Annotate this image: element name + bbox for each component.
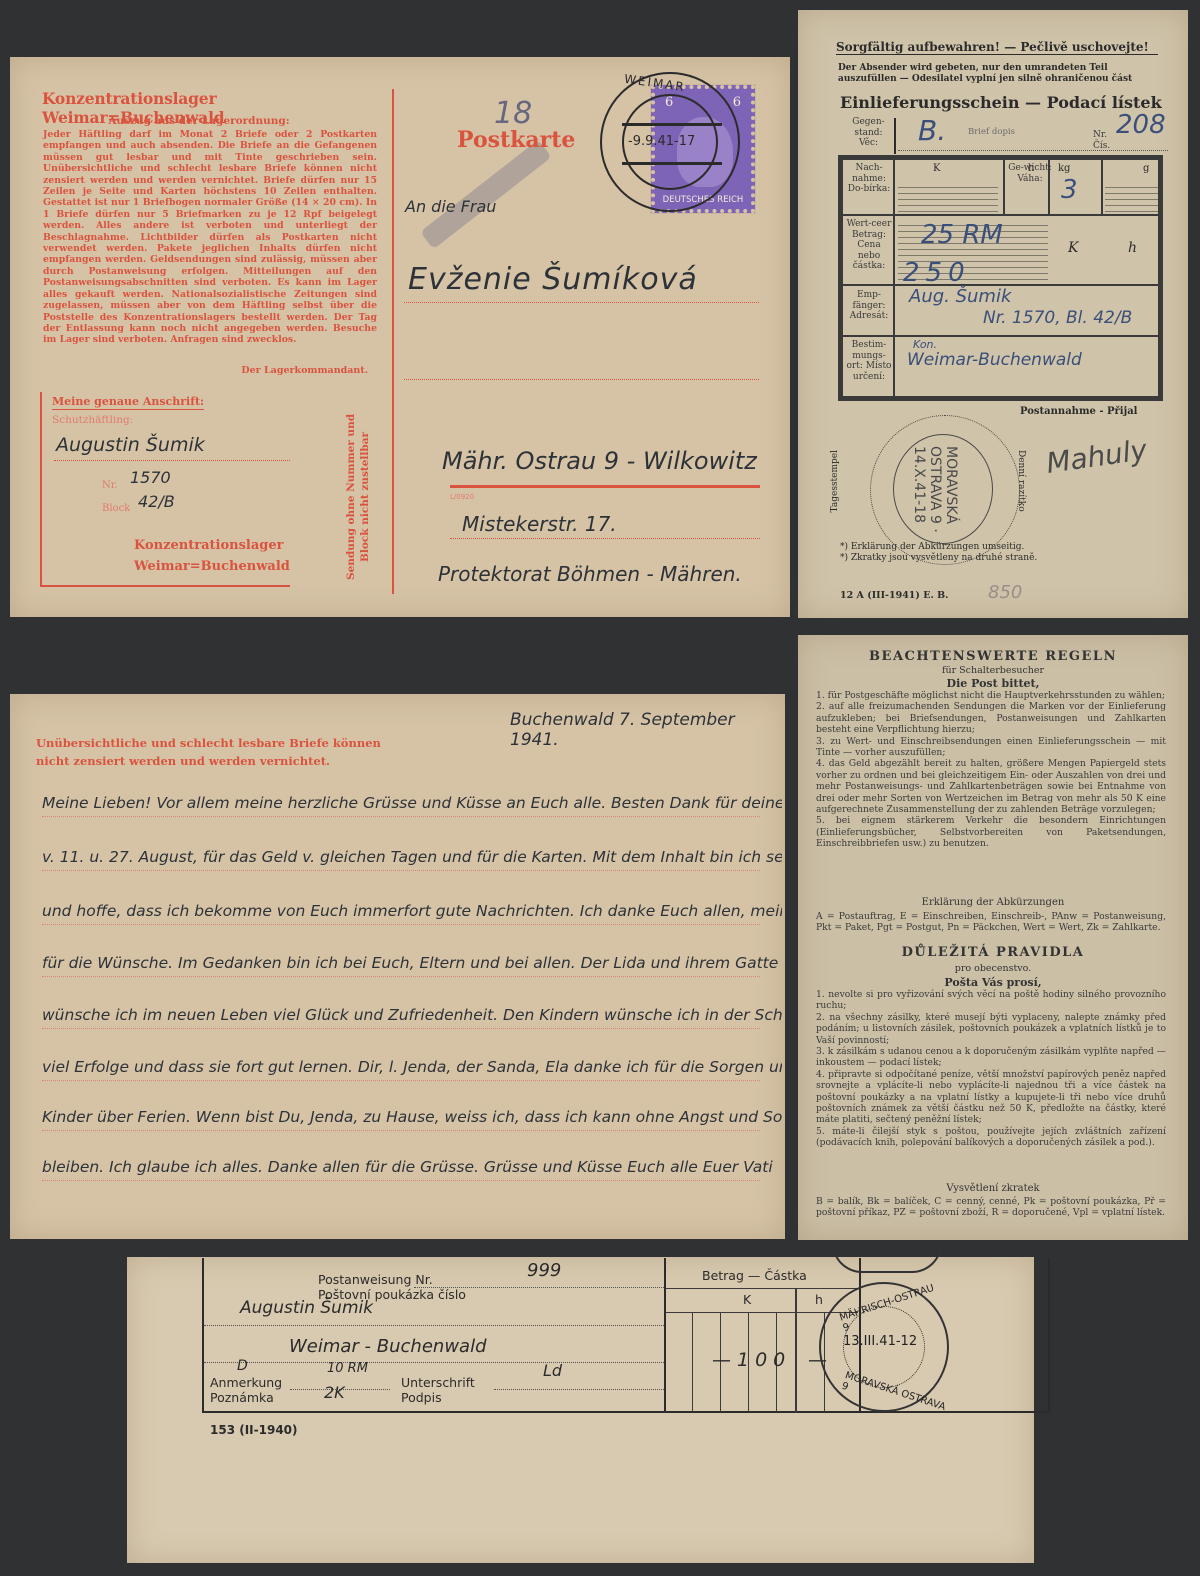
clerk-signature: Mahuly xyxy=(1044,433,1149,480)
dotted-line xyxy=(204,1325,664,1326)
dotted-line xyxy=(404,379,759,380)
letter-line: und hoffe, dass ich bekomme von Euch imm… xyxy=(42,902,782,920)
g-label: g xyxy=(1143,163,1149,174)
abbr-title-cz: Vysvětlení zkratek xyxy=(798,1183,1188,1194)
row-divider xyxy=(843,214,1159,216)
dotted-line xyxy=(204,1362,664,1363)
postmark-weimar: WEIMAR -9.9.41-17 xyxy=(600,72,740,212)
day-stamp-label: Tagesstempel xyxy=(830,450,840,512)
dotted-line xyxy=(42,1130,760,1131)
destination-label: Bestim-mungs-ort: Místo určení: xyxy=(845,340,893,382)
form-handwritten-value: 850 xyxy=(988,582,1022,603)
prisoner-name: Augustin Šumik xyxy=(56,434,205,456)
city-underline xyxy=(450,485,760,488)
footnote-cz: *) Zkratky jsou vysvětleny na druhé stra… xyxy=(840,553,1037,563)
brief-label: Brief dopis xyxy=(968,127,1015,137)
rule-item: 5. bei eignem stärkerem Verkehr die beso… xyxy=(816,815,1166,849)
field-separator xyxy=(894,118,896,154)
postmark-city: WEIMAR xyxy=(623,72,686,94)
item-value: B. xyxy=(918,114,946,147)
dotted-line xyxy=(42,870,760,871)
postmark-date: 13.III.41-12 xyxy=(843,1334,917,1349)
rule-item: 2. auf alle freizumachenden Sendungen di… xyxy=(816,701,1166,735)
warning-line1: Unübersichtliche und schlecht lesbare Br… xyxy=(36,734,381,752)
dotted-line xyxy=(450,538,760,539)
payee-name: Augustin Šumik xyxy=(240,1298,373,1318)
camp-name-line2: Weimar=Buchenwald xyxy=(134,559,290,574)
block-number: 42/B xyxy=(138,492,175,511)
receipt-nr-value: 208 xyxy=(1116,110,1166,140)
note-value1: 10 RM xyxy=(327,1361,368,1376)
letter-line: viel Erfolge und dass sie fort gut lerne… xyxy=(42,1058,782,1076)
letter-line: für die Wünsche. Im Gedanken bin ich bei… xyxy=(42,954,782,972)
rule-item: 1. nevolte si pro vyřizování svých věcí … xyxy=(816,989,1166,1012)
address-heading: Meine genaue Anschrift: xyxy=(52,395,204,410)
dotted-line xyxy=(404,302,759,303)
camp-rules-text: Jeder Häftling darf im Monat 2 Briefe od… xyxy=(43,129,377,346)
row-divider xyxy=(666,1288,858,1289)
signature-label-cz: Podpis xyxy=(401,1390,442,1405)
prisoner-number: 1570 xyxy=(130,468,171,487)
abbr-title-de: Erklärung der Abkürzungen xyxy=(798,897,1188,908)
hatched-field xyxy=(1105,182,1159,212)
rule-item: 4. připravte si odpočítané peníze, větší… xyxy=(816,1069,1166,1126)
sender-address-box: Meine genaue Anschrift: Schutzhäftling: … xyxy=(40,392,290,587)
postcard-back-letter: Unübersichtliche und schlecht lesbare Br… xyxy=(10,694,785,1239)
item-label: Gegen-stand: Věc: xyxy=(846,117,891,149)
letter-line: bleiben. Ich glaube ich alles. Danke all… xyxy=(42,1158,782,1176)
name-dotted-line xyxy=(54,460,290,461)
rule-item: 3. k zásilkám s udanou cenou a k doporuč… xyxy=(816,1046,1166,1069)
prisoner-label: Schutzhäftling: xyxy=(52,414,133,426)
recipient-line2: Nr. 1570, Bl. 42/B xyxy=(983,308,1132,328)
dotted-line xyxy=(42,1180,760,1181)
dotted-line xyxy=(494,1389,664,1390)
signature-label-de: Unterschrift xyxy=(401,1375,475,1390)
column-divider xyxy=(1101,160,1103,214)
amount-header: Betrag — Částka xyxy=(702,1268,807,1283)
dotted-line xyxy=(42,1028,760,1029)
amount-h-label: h xyxy=(815,1292,823,1307)
card-divider xyxy=(392,89,394,594)
value-amount: 25 RM xyxy=(921,220,1003,250)
censor-mark: 18 xyxy=(494,96,532,131)
crown-label: K xyxy=(933,163,940,174)
dotted-line xyxy=(42,976,760,977)
postkarte-label: Postkarte xyxy=(457,127,575,153)
rules-list-cz: 1. nevolte si pro vyřizování svých věcí … xyxy=(816,989,1166,1149)
censorship-warning: Unübersichtliche und schlecht lesbare Br… xyxy=(36,734,381,770)
dotted-line xyxy=(42,816,760,817)
column-divider xyxy=(795,1288,797,1413)
dotted-line xyxy=(898,150,1168,151)
postmark-bar xyxy=(622,123,722,126)
rules-title-cz: DŮLEŽITÁ PRAVIDLA xyxy=(798,945,1188,960)
hatched-field xyxy=(898,182,998,212)
letter-line: wünsche ich im neuen Leben viel Glück un… xyxy=(42,1006,782,1024)
rule-item: 3. zu Wert- und Einschreibsendungen eine… xyxy=(816,736,1166,759)
amount-k-label: K xyxy=(743,1292,751,1307)
cod-label: Nach-nahme: Do-bírka: xyxy=(845,163,893,195)
value-price: 250 xyxy=(903,258,971,288)
partial-postmark-icon xyxy=(832,1243,942,1273)
rules-title-de: BEACHTENSWERTE REGELN xyxy=(798,649,1188,664)
note-label-de: Anmerkung xyxy=(210,1375,282,1390)
recipient-line1: Aug. Šumik xyxy=(909,286,1011,307)
postmark-ostrava: MÄHRISCH-OSTRAU 9 13.III.41-12 MORAVSKÁ … xyxy=(819,1282,949,1412)
weight-value: 3 xyxy=(1061,175,1078,205)
camp-rules-panel: Konzentrationslager Weimar=Buchenwald Au… xyxy=(10,57,388,617)
column-divider xyxy=(1003,160,1005,214)
block-label: Block xyxy=(102,503,130,514)
postmark-bar xyxy=(622,162,722,165)
abbr-text-cz: B = balík, Bk = balíček, C = cenný, cenn… xyxy=(816,1196,1166,1219)
recipient-city: Mähr. Ostrau 9 - Wilkowitz xyxy=(442,447,757,475)
note-label-cz: Poznámka xyxy=(210,1390,274,1405)
posting-receipt: Sorgfältig aufbewahren! — Pečlivě uschov… xyxy=(798,10,1188,618)
value-label: Wert-ceer Betrag: Cena nebo částka: xyxy=(845,219,893,272)
rule-item: 1. für Postgeschäfte möglichst nicht die… xyxy=(816,690,1166,701)
money-order-slip: Postanweisung Nr. 999 Poštovní poukázka … xyxy=(127,1257,1034,1563)
sender-instructions: Der Absender wird gebeten, nur den umran… xyxy=(838,63,1160,85)
row-divider xyxy=(843,335,1159,337)
rules-intro-cz: Pošta Vás prosí, xyxy=(798,976,1188,989)
money-order-number: 999 xyxy=(527,1260,561,1281)
post-office-rules-card: BEACHTENSWERTE REGELN für Schalterbesuch… xyxy=(798,635,1188,1240)
heller-label: h xyxy=(1128,240,1137,256)
acceptance-label: Postannahme - Přijal xyxy=(1020,406,1137,417)
rules-subtitle-de: für Schalterbesucher xyxy=(798,665,1188,676)
recipient-label: Emp-fänger: Adresát: xyxy=(845,290,893,322)
column-divider xyxy=(893,160,895,396)
rule-item: 2. na všechny zásilky, které musejí býti… xyxy=(816,1012,1166,1046)
note-value2: 2K xyxy=(324,1383,345,1402)
signature-value: Ld xyxy=(543,1361,562,1380)
letter-line: Meine Lieben! Vor allem meine herzliche … xyxy=(42,794,782,812)
payee-place: Weimar - Buchenwald xyxy=(289,1336,487,1357)
recipient-street: Mistekerstr. 17. xyxy=(462,512,617,536)
camp-name-line1: Konzentrationslager xyxy=(134,538,283,553)
stamp-value-right: 6 xyxy=(733,95,741,110)
column-divider xyxy=(664,1258,666,1413)
postmark-date: -9.9.41-17 xyxy=(628,134,695,149)
receipt-bordered-box: Nach-nahme: Do-bírka: K h Ge-wicht: Váha… xyxy=(838,155,1163,401)
delivery-note-vertical: Sendung ohne Nummer und Block nicht zust… xyxy=(344,402,384,592)
note-mark: D xyxy=(237,1358,248,1374)
footnote-de: *) Erklärung der Abkürzungen umseitig. xyxy=(840,542,1024,552)
rules-subtitle-cz: pro obecenstvo. xyxy=(798,963,1188,974)
abbr-text-de: A = Postauftrag, E = Einschreiben, Einsc… xyxy=(816,911,1166,934)
rule-item: 4. das Geld abgezählt bereit zu halten, … xyxy=(816,758,1166,815)
censor-stamp-icon xyxy=(420,140,552,250)
receipt-title: Einlieferungsschein — Podací lístek xyxy=(840,93,1162,112)
rules-intro-de: Die Post bittet, xyxy=(798,677,1188,690)
letter-line: v. 11. u. 27. August, für das Geld v. gl… xyxy=(42,848,782,866)
rule-item: 5. máte-li čilejší styk s poštou, použív… xyxy=(816,1126,1166,1149)
amount-k-value: —100 xyxy=(712,1349,791,1371)
dotted-line xyxy=(42,1080,760,1081)
letter-line: Kinder über Ferien. Wenn bist Du, Jenda,… xyxy=(42,1108,782,1126)
nr-label: Nr. xyxy=(102,480,118,491)
kg-label: kg xyxy=(1058,163,1070,174)
form-number: 153 (II-1940) xyxy=(210,1423,298,1437)
destination-line2: Weimar-Buchenwald xyxy=(907,350,1082,370)
recipient-name: Evženie Šumíková xyxy=(408,262,698,297)
rules-signature: Der Lagerkommandant. xyxy=(241,365,368,376)
warning-line2: nicht zensiert werden und werden vernich… xyxy=(36,752,381,770)
crown-label: K xyxy=(1068,240,1078,256)
cell-divider xyxy=(692,1312,693,1412)
rules-heading: Auszug aus der Lagerordnung: xyxy=(10,115,388,127)
keep-notice: Sorgfältig aufbewahren! — Pečlivě uschov… xyxy=(836,40,1158,55)
recipient-country: Protektorat Böhmen - Mähren. xyxy=(438,562,742,586)
money-order-label-de: Postanweisung Nr. xyxy=(318,1272,433,1287)
recipient-salutation: An die Frau xyxy=(405,197,496,216)
rules-list-de: 1. für Postgeschäfte möglichst nicht die… xyxy=(816,690,1166,850)
letter-date: Buchenwald 7. September 1941. xyxy=(510,710,785,750)
dotted-line xyxy=(42,924,760,925)
weight-label: Ge-wicht: Váha: xyxy=(1008,163,1052,184)
postcard-front: Konzentrationslager Weimar=Buchenwald Au… xyxy=(10,57,790,617)
form-number: 12 A (III-1941) E. B. xyxy=(840,590,948,601)
form-code: L/0920 xyxy=(450,493,474,501)
